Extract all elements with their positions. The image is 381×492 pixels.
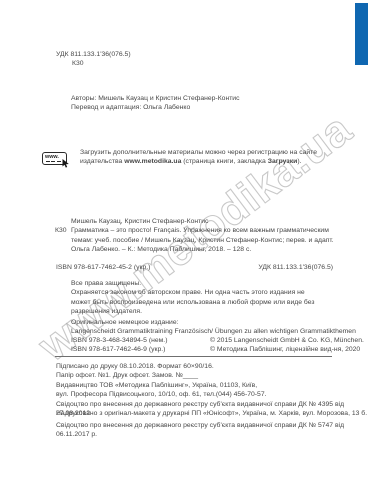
biblio-classification-code: К30	[55, 226, 71, 254]
biblio-authors: Мишель Каузац, Кристин Стефанер-Контис	[71, 217, 339, 226]
udk-number-right: УДК 811.133.1'36(076.5)	[258, 263, 333, 272]
isbn-udk-row: ISBN 978-617-7462-45-2 (укр.) УДК 811.13…	[56, 263, 333, 272]
divider-line	[55, 356, 332, 357]
isbn-copyright-row: ISBN 978-617-7462-46-9 (укр.) © Методика…	[71, 345, 364, 354]
download-text-part: ).	[297, 158, 301, 165]
printer-address: Надруковано з оригінал-макета у друкарні…	[56, 409, 370, 418]
original-edition-block: Оригинальное немецкое издание: Langensch…	[71, 318, 373, 337]
bibliographic-record: Мишель Каузац, Кристин Стефанер-Контис К…	[55, 217, 339, 255]
isbn-ukrainian: ISBN 978-617-7462-46-9 (укр.)	[71, 345, 210, 354]
isbn-german: ISBN 978-3-468-34894-5 (нем.)	[71, 336, 210, 345]
publisher-site-url: www.metodika.ua	[124, 158, 181, 165]
download-note: www. Загрузить дополнительные материалы …	[42, 148, 342, 167]
www-download-icon: www.	[42, 152, 67, 165]
udk-code: К30	[72, 59, 131, 68]
biblio-description: Грамматика – это просто! Français. Упраж…	[71, 226, 339, 254]
isbn-copyright-row: ISBN 978-3-468-34894-5 (нем.) © 2015 Lan…	[71, 336, 364, 345]
imprint-page: www.metodika.ua УДК 811.133.1'36(076.5) …	[0, 0, 381, 492]
imprint-line: Видавництво ТОВ «Методика Паблішинг», Ук…	[56, 381, 358, 390]
download-text: Загрузить дополнительные материалы можно…	[80, 148, 342, 167]
copyright-langenscheidt: © 2015 Langenscheidt GmbH & Co. KG, Münc…	[210, 336, 364, 345]
download-text-part: (страница книги, закладка	[181, 158, 267, 165]
original-edition-label: Оригинальное немецкое издание:	[71, 318, 373, 327]
isbn-ukr: ISBN 978-617-7462-45-2 (укр.)	[56, 263, 150, 272]
translator-line: Перевод и адаптация: Ольга Лабенко	[71, 103, 240, 112]
printer-certificate: Свідоцтво про внесення до державного реє…	[56, 421, 370, 440]
imprint-line: Папір офсет. №1. Друк офсет. Замов. №___…	[56, 371, 358, 380]
udk-block: УДК 811.133.1'36(076.5) К30	[56, 50, 131, 69]
rights-body: Охраняется законом об авторском праве. Н…	[71, 288, 323, 316]
printer-info-block: Надруковано з оригінал-макета у друкарні…	[56, 409, 370, 442]
authors-block: Авторы: Мишель Каузац и Кристин Стефанер…	[71, 94, 240, 113]
imprint-line: Підписано до друку 08.10.2018. Формат 60…	[56, 362, 358, 371]
udk-number: УДК 811.133.1'36(076.5)	[56, 50, 131, 59]
cursor-pointer-icon	[62, 159, 70, 168]
rights-headline: Все права защищены.	[71, 279, 323, 288]
isbn-copyright-table: ISBN 978-3-468-34894-5 (нем.) © 2015 Lan…	[71, 336, 364, 355]
blue-accent-bar	[355, 3, 368, 65]
downloads-bookmark-label: Загрузки	[268, 158, 298, 165]
copyright-notice: Все права защищены. Охраняется законом о…	[71, 279, 323, 317]
imprint-line: вул. Професора Підвисоцького, 10/10, оф.…	[56, 390, 358, 399]
copyright-metodika: © Методика Паблішинг, ліцензійне вид-ня,…	[210, 345, 360, 354]
authors-line: Авторы: Мишель Каузац и Кристин Стефанер…	[71, 94, 240, 103]
